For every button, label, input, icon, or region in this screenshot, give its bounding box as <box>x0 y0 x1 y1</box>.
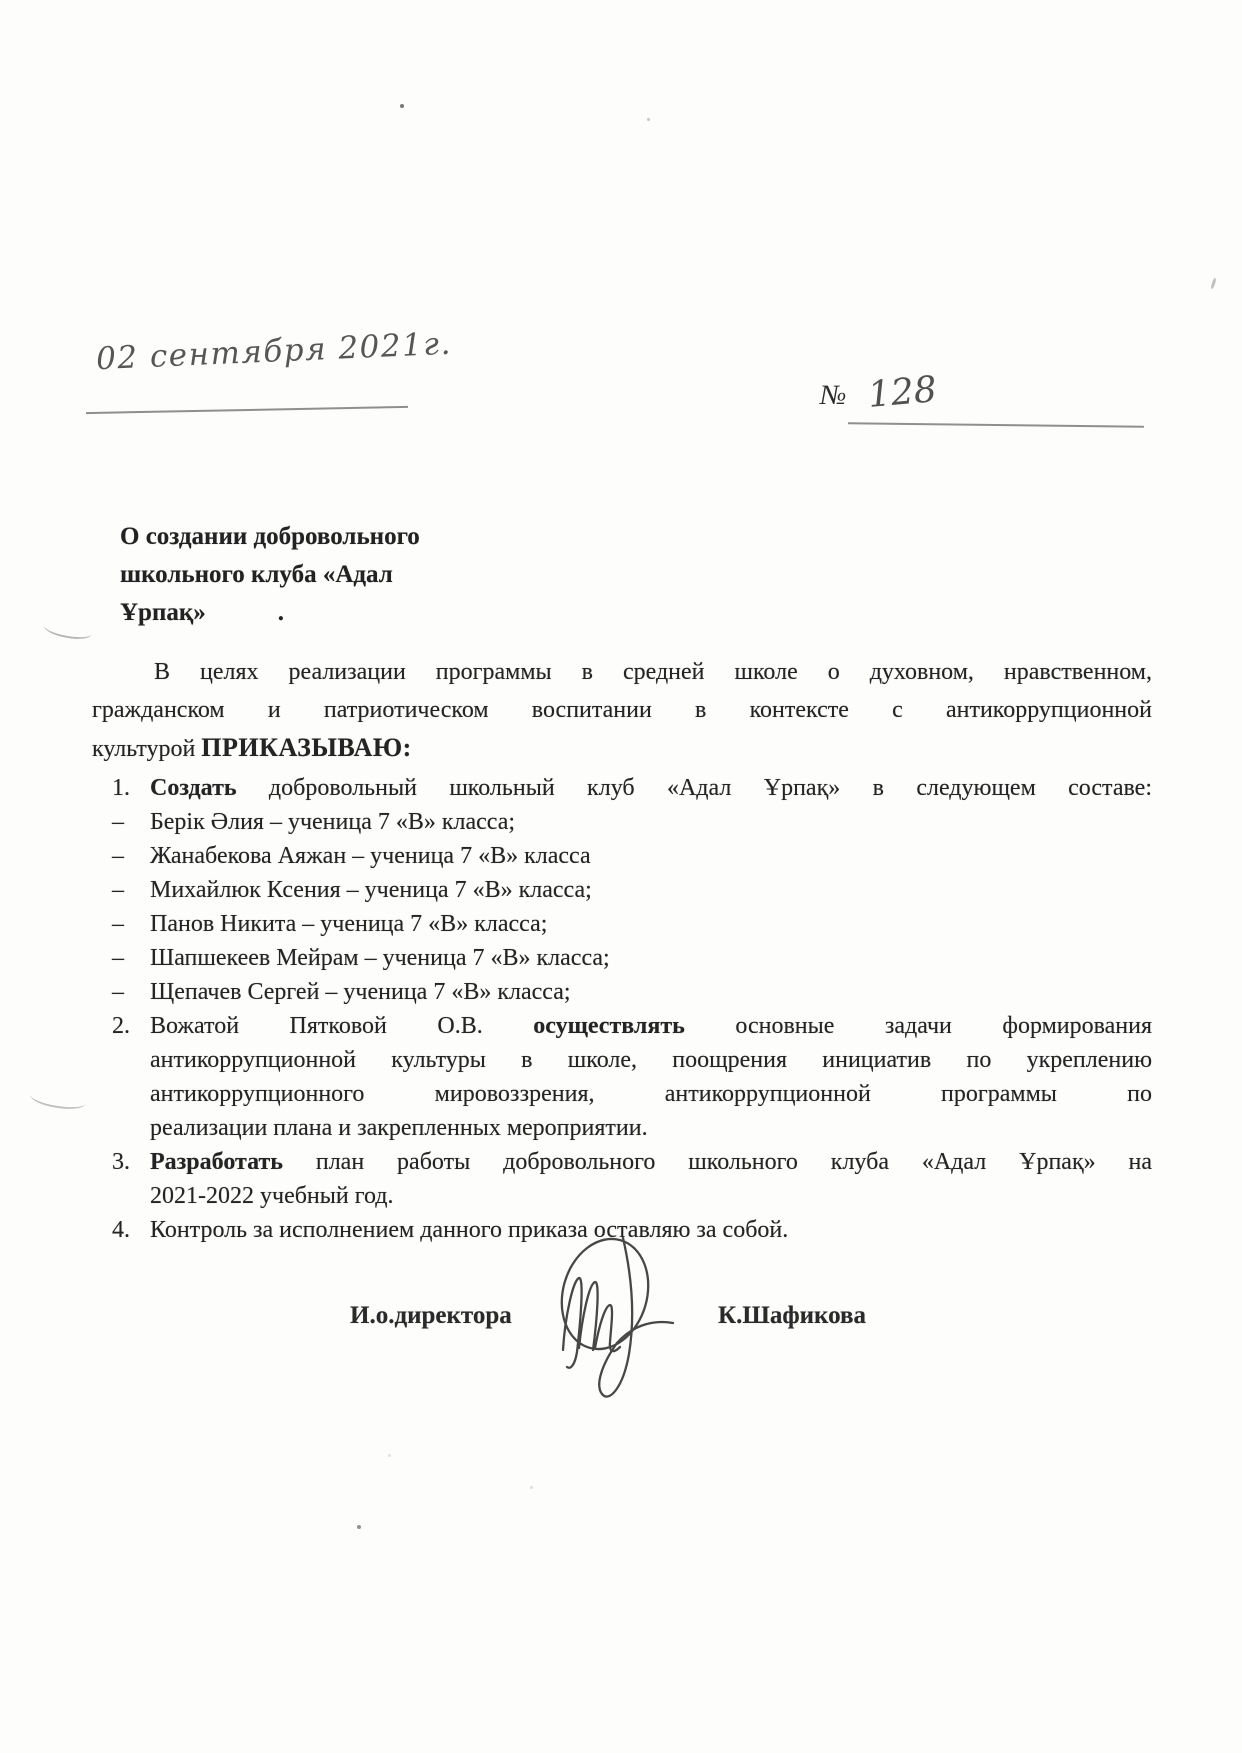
order-item-1: 1. Создать добровольный школьный клуб «А… <box>92 771 1152 805</box>
dash-marker: – <box>112 805 124 839</box>
order-title-line2: школьного клуба «Адал <box>120 556 600 594</box>
order-item-3: 3. Разработать план работы добровольного… <box>92 1145 1152 1213</box>
order-title-line3: Ұрпақ». <box>120 594 600 632</box>
order-item-2: 2. Вожатой Пятковой О.В. осуществлять ос… <box>92 1009 1152 1145</box>
signature-role: И.о.директора <box>350 1302 512 1330</box>
preamble-line1: В целях реализации программы в средней ш… <box>92 653 1152 691</box>
order-number: №128 <box>820 372 937 413</box>
member-item: – Михайлюк Ксения – ученица 7 «В» класса… <box>92 873 1152 907</box>
scan-artifact <box>530 1486 533 1489</box>
item-number: 1. <box>112 771 130 805</box>
scan-artifact <box>43 618 93 642</box>
scanned-order-page: 02 сентября 2021г. №128 О создании добро… <box>0 0 1242 1753</box>
signature-name: К.Шафикова <box>718 1302 866 1330</box>
scan-artifact <box>1210 278 1216 289</box>
dash-marker: – <box>112 907 124 941</box>
member-item: – Шапшекеев Мейрам – ученица 7 «В» класс… <box>92 941 1152 975</box>
stray-period: . <box>278 599 284 626</box>
order-body: В целях реализации программы в средней ш… <box>92 653 1152 1247</box>
dash-marker: – <box>112 839 124 873</box>
preamble-line3: культурой ПРИКАЗЫВАЮ: <box>92 729 1152 768</box>
number-value: 128 <box>867 369 939 416</box>
decree-word: ПРИКАЗЫВАЮ: <box>201 733 411 762</box>
date-underline <box>86 406 408 414</box>
item-number: 2. <box>112 1009 130 1043</box>
member-item: – Щепачев Сергей – ученица 7 «В» класса; <box>92 975 1152 1009</box>
order-title: О создании добровольного школьного клуба… <box>120 518 600 632</box>
date-field: 02 сентября 2021г. <box>95 327 426 377</box>
item-number: 4. <box>112 1213 130 1247</box>
scan-artifact <box>357 1525 361 1529</box>
scan-artifact <box>400 104 404 108</box>
number-sign: № <box>820 380 846 411</box>
order-list: 1. Создать добровольный школьный клуб «А… <box>92 771 1152 1247</box>
member-item: – Жанабекова Аяжан – ученица 7 «В» класс… <box>92 839 1152 873</box>
order-title-line1: О создании добровольного <box>120 518 600 556</box>
item-number: 3. <box>112 1145 130 1179</box>
preamble: В целях реализации программы в средней ш… <box>92 653 1152 768</box>
preamble-line2: гражданском и патриотическом воспитании … <box>92 691 1152 729</box>
number-underline <box>848 422 1144 428</box>
member-item: – Берік Әлия – ученица 7 «В» класса; <box>92 805 1152 839</box>
signature-autograph <box>505 1222 705 1412</box>
scan-artifact <box>388 1454 391 1457</box>
scan-artifact <box>647 118 650 121</box>
scan-artifact <box>29 1086 87 1113</box>
dash-marker: – <box>112 975 124 1009</box>
dash-marker: – <box>112 941 124 975</box>
dash-marker: – <box>112 873 124 907</box>
member-item: – Панов Никита – ученица 7 «В» класса; <box>92 907 1152 941</box>
